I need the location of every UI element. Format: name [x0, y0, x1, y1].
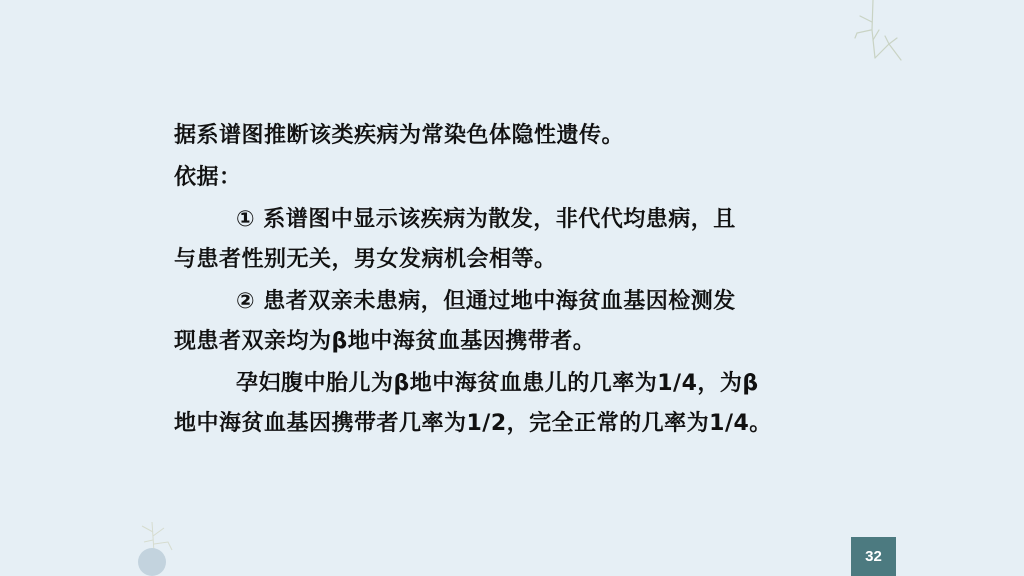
point1-line1: ① 系谱图中显示该疾病为散发，非代代均患病，且	[174, 200, 854, 240]
point1-line2: 与患者性别无关，男女发病机会相等。	[174, 240, 854, 280]
probability-line1: 孕妇腹中胎儿为β地中海贫血患儿的几率为1/4，为β	[174, 364, 854, 404]
probability-line2: 地中海贫血基因携带者几率为1/2，完全正常的几率为1/4。	[174, 404, 854, 444]
basis-label: 依据：	[174, 158, 854, 198]
slide: 据系谱图推断该类疾病为常染色体隐性遗传。 依据： ① 系谱图中显示该疾病为散发，…	[0, 0, 1024, 576]
vase-decoration-icon	[128, 512, 188, 576]
point2-line1: ② 患者双亲未患病，但通过地中海贫血基因检测发	[174, 282, 854, 322]
page-number-badge: 32	[851, 537, 896, 576]
conclusion-text: 据系谱图推断该类疾病为常染色体隐性遗传。	[174, 116, 854, 156]
point2-line2: 现患者双亲均为β地中海贫血基因携带者。	[174, 322, 854, 362]
slide-content: 据系谱图推断该类疾病为常染色体隐性遗传。 依据： ① 系谱图中显示该疾病为散发，…	[174, 116, 854, 444]
branch-decoration-icon	[845, 0, 905, 65]
